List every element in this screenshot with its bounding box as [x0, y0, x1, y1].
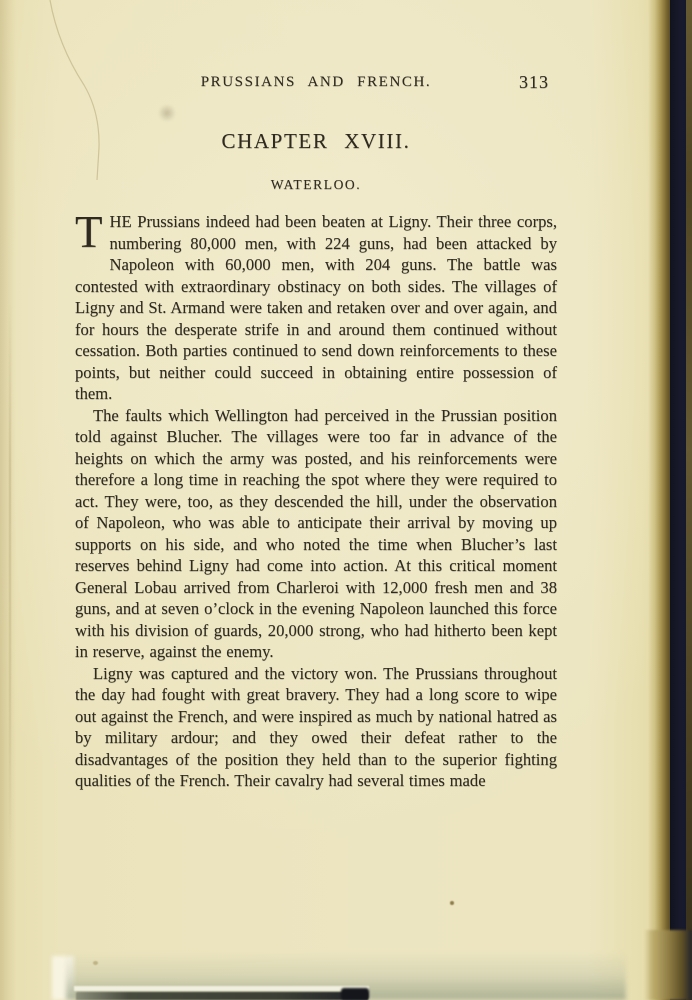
page-gutter-shade [0, 0, 16, 1000]
book-page-scan: PRUSSIANS AND FRENCH. 313 CHAPTER XVIII.… [0, 0, 692, 1000]
chapter-heading: CHAPTER XVIII. [75, 129, 557, 154]
bottom-dark-blob [341, 988, 369, 1000]
running-header: PRUSSIANS AND FRENCH. 313 [75, 74, 557, 98]
paragraph: The faults which Wellington had perceive… [75, 405, 557, 663]
right-page-edge [648, 0, 672, 1000]
bottom-right-page-edges [644, 930, 692, 1000]
paper-speck [450, 901, 454, 905]
body-text: THE Prussians indeed had been beaten at … [75, 211, 557, 792]
paragraph: Ligny was captured and the victory won. … [75, 663, 557, 792]
bottom-page-edge-light-line [74, 986, 369, 991]
paragraph-text: HE Prussians indeed had been beaten at L… [75, 212, 557, 403]
chapter-subtitle: WATERLOO. [75, 177, 557, 193]
running-header-title: PRUSSIANS AND FRENCH. [75, 74, 557, 91]
drop-cap: T [75, 212, 103, 255]
page-gutter-crease [9, 300, 11, 860]
paragraph: THE Prussians indeed had been beaten at … [75, 211, 557, 405]
page-number: 313 [519, 72, 549, 93]
right-book-edge-strip [686, 0, 692, 1000]
bottom-page-dark-edge [76, 992, 368, 1000]
paper-smudge [158, 104, 176, 122]
